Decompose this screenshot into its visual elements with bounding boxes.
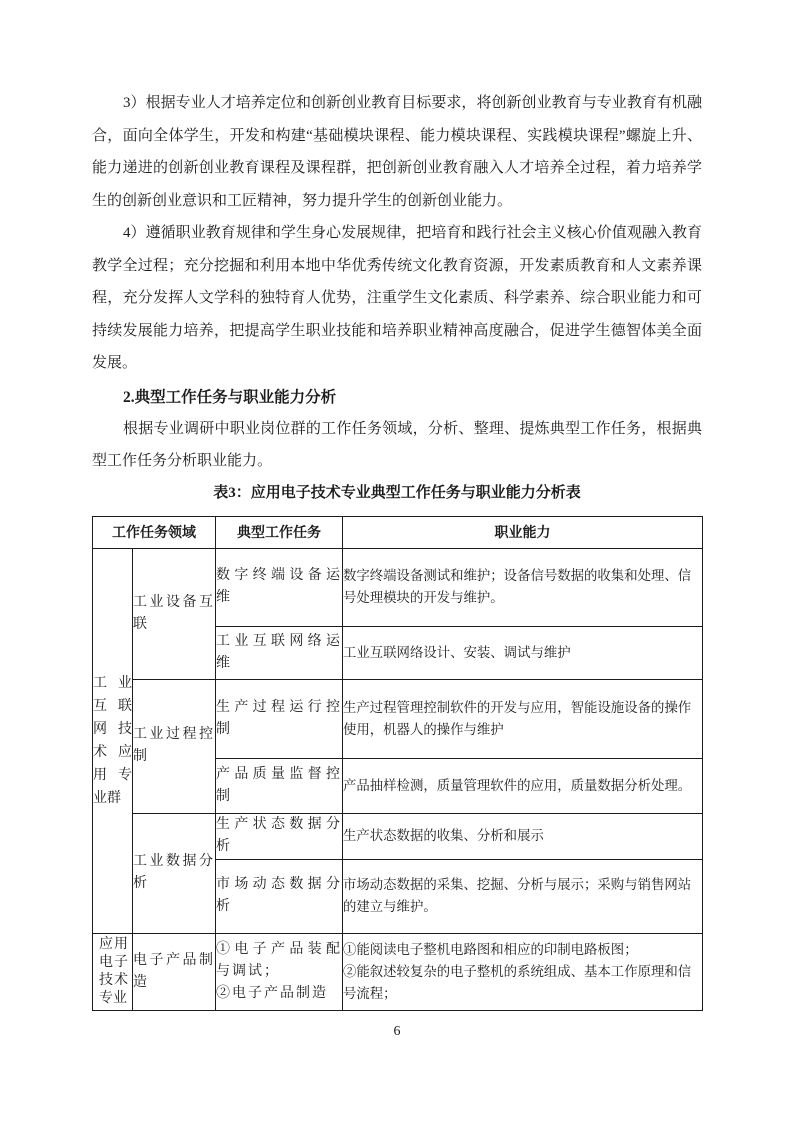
ability-cell-industrial-network-ops: 工业互联网络设计、安装、调试与维护 <box>343 626 703 679</box>
col-header-typical-task: 典型工作任务 <box>216 516 343 548</box>
ability-cell-production-status-data: 生产状态数据的收集、分析和展示 <box>343 813 703 859</box>
section-intro-paragraph: 根据专业调研中职业岗位群的工作任务领域，分析、整理、提炼典型工作任务，根据典型工… <box>92 413 702 478</box>
ability-cell-production-process-control: 生产过程管理控制软件的开发与应用，智能设施设备的操作使用，机器人的操作与维护 <box>343 679 703 758</box>
section-heading-typical-tasks: 2.典型工作任务与职业能力分析 <box>92 383 702 413</box>
table-title: 表3：应用电子技术专业典型工作任务与职业能力分析表 <box>92 478 702 508</box>
subgroup-cell-electronic-product-manufacturing: 电子产品制造 <box>133 933 216 1010</box>
task-cell-industrial-network-ops: 工业互联网络运维 <box>216 626 343 679</box>
group-cell-industrial-internet: 工业互联网技术应用专业群 <box>93 548 133 933</box>
subgroup-cell-data-analysis: 工业数据分析 <box>133 813 216 933</box>
task-cell-production-status-data: 生产状态数据分析 <box>216 813 343 859</box>
ability-cell-digital-terminal-ops: 数字终端设备测试和维护；设备信号数据的收集和处理、信号处理模块的开发与维护。 <box>343 548 703 626</box>
page-number: 6 <box>92 1024 702 1040</box>
task-cell-production-process-control: 生产过程运行控制 <box>216 679 343 758</box>
task-cell-electronic-product-assembly: ①电子产品装配与调试； ②电子产品制造 <box>216 933 343 1010</box>
task-ability-analysis-table: 工作任务领域 典型工作任务 职业能力 工业互联网技术应用专业群 工业设备互联 数… <box>92 516 703 1011</box>
task-cell-digital-terminal-ops: 数字终端设备运维 <box>216 548 343 626</box>
table-row: 工业互联网技术应用专业群 工业设备互联 数字终端设备运维 数字终端设备测试和维护… <box>93 548 703 626</box>
col-header-task-domain: 工作任务领域 <box>93 516 216 548</box>
ability-cell-electronic-product-assembly: ①能阅读电子整机电路图和相应的印制电路板图； ②能叙述较复杂的电子整机的系统组成… <box>343 933 703 1010</box>
table-row: 工业过程控制 生产过程运行控制 生产过程管理控制软件的开发与应用，智能设施设备的… <box>93 679 703 758</box>
group-cell-applied-electronics: 应用电子技术专业 <box>93 933 133 1010</box>
document-page: 3）根据专业人才培养定位和创新创业教育目标要求，将创新创业教育与专业教育有机融合… <box>0 0 793 1122</box>
table-header-row: 工作任务领域 典型工作任务 职业能力 <box>93 516 703 548</box>
table-row: 应用电子技术专业 电子产品制造 ①电子产品装配与调试； ②电子产品制造 ①能阅读… <box>93 933 703 1010</box>
col-header-ability: 职业能力 <box>343 516 703 548</box>
paragraph-innovation-education: 3）根据专业人才培养定位和创新创业教育目标要求，将创新创业教育与专业教育有机融合… <box>92 87 702 217</box>
ability-cell-market-dynamic-data: 市场动态数据的采集、挖掘、分析与展示；采购与销售网站的建立与维护。 <box>343 859 703 933</box>
paragraph-vocational-education-rules: 4）遵循职业教育规律和学生身心发展规律，把培育和践行社会主义核心价值观融入教育教… <box>92 217 702 380</box>
task-cell-quality-supervision: 产品质量监督控制 <box>216 758 343 813</box>
page-content: 3）根据专业人才培养定位和创新创业教育目标要求，将创新创业教育与专业教育有机融合… <box>0 0 793 1040</box>
subgroup-cell-equipment-interconnection: 工业设备互联 <box>133 548 216 679</box>
ability-cell-quality-supervision: 产品抽样检测，质量管理软件的应用，质量数据分析处理。 <box>343 758 703 813</box>
subgroup-cell-process-control: 工业过程控制 <box>133 679 216 813</box>
task-cell-market-dynamic-data: 市场动态数据分析 <box>216 859 343 933</box>
table-row: 工业数据分析 生产状态数据分析 生产状态数据的收集、分析和展示 <box>93 813 703 859</box>
